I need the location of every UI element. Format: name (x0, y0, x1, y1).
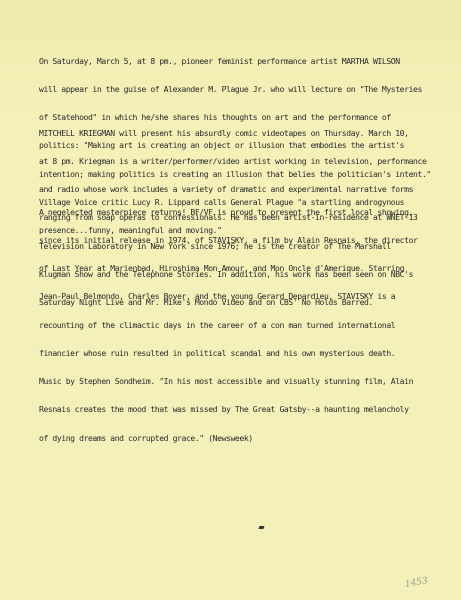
text-line: at 8 pm. Kriegman is a writer/performer/… (39, 157, 459, 166)
text-line: MITCHELL KRIEGMAN will present his absur… (39, 129, 459, 138)
text-line: recounting of the climactic days in the … (39, 321, 459, 330)
text-line: since its initial release in 1974, of ST… (39, 236, 459, 245)
handwritten-mark: 1453 (404, 576, 428, 590)
text-line: Jean-Paul Belmondo, Charles Boyer, and t… (39, 292, 459, 301)
text-line: of dying dreams and corrupted grace." (N… (39, 434, 459, 443)
text-line: financier whose ruin resulted in politic… (39, 349, 459, 358)
text-line: On Saturday, March 5, at 8 pm., pioneer … (39, 57, 459, 66)
ink-mark (258, 526, 264, 529)
text-line: A negelected masterpiece returns! BF/VF … (39, 208, 459, 217)
text-line: Resnais creates the mood that was missed… (39, 405, 459, 414)
text-line: Music by Stephen Sondheim. "In his most … (39, 377, 459, 386)
text-line: of Last Year at Marienbad, Hiroshima Mon… (39, 264, 459, 273)
text-line: will appear in the guise of Alexander M.… (39, 85, 459, 94)
document-page: On Saturday, March 5, at 8 pm., pioneer … (0, 0, 461, 600)
paragraph-stavisky: A negelected masterpiece returns! BF/VF … (39, 189, 459, 462)
